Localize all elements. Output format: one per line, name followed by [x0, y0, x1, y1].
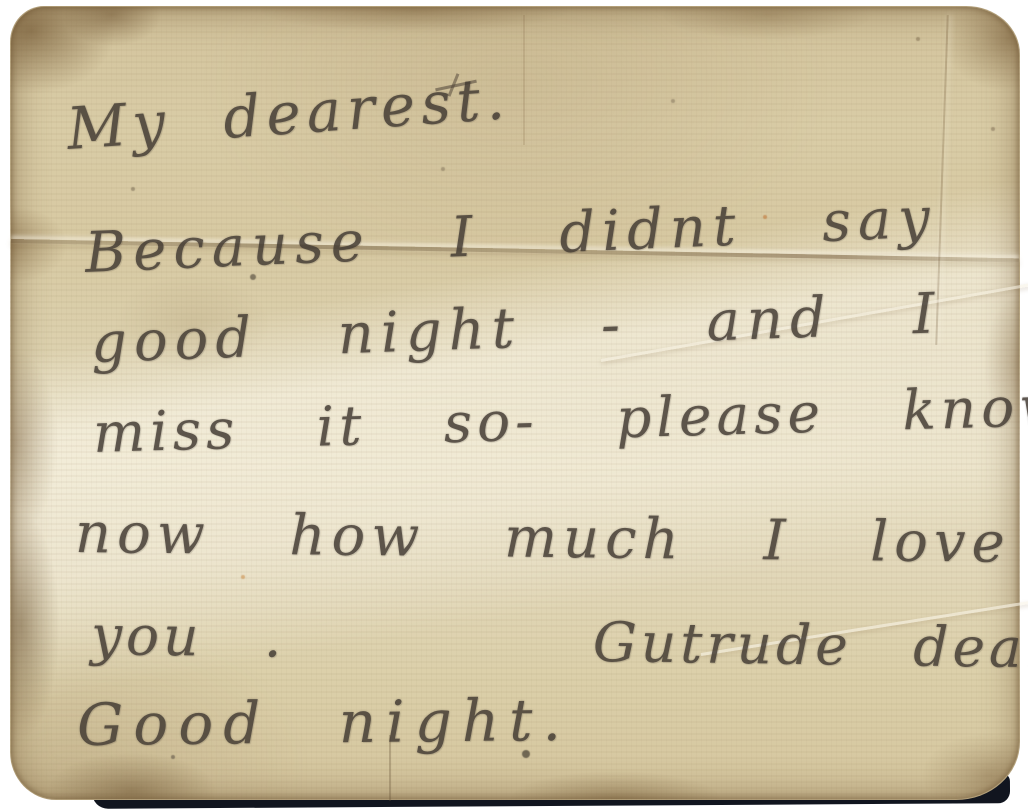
handwriting-line-4: miss it so- please know: [92, 374, 1028, 465]
handwriting-line-5: now how much I love: [75, 501, 1011, 576]
handwriting-line-3: good night - and I: [90, 281, 943, 376]
crease-fold-vertical-top: [523, 15, 525, 145]
handwriting-line-salutation: My dearest.: [65, 64, 513, 163]
dirt-specks: [11, 7, 15, 11]
handwriting-line-signoff: Good night.: [77, 686, 572, 759]
scanned-letter-image: My dearest. Because I didnt say good nig…: [0, 0, 1028, 812]
handwriting-line-2: Because I didnt say: [84, 185, 938, 286]
letter-paper: My dearest. Because I didnt say good nig…: [10, 6, 1020, 800]
handwriting-line-6: you . Gutrude dearest.: [91, 603, 1028, 682]
